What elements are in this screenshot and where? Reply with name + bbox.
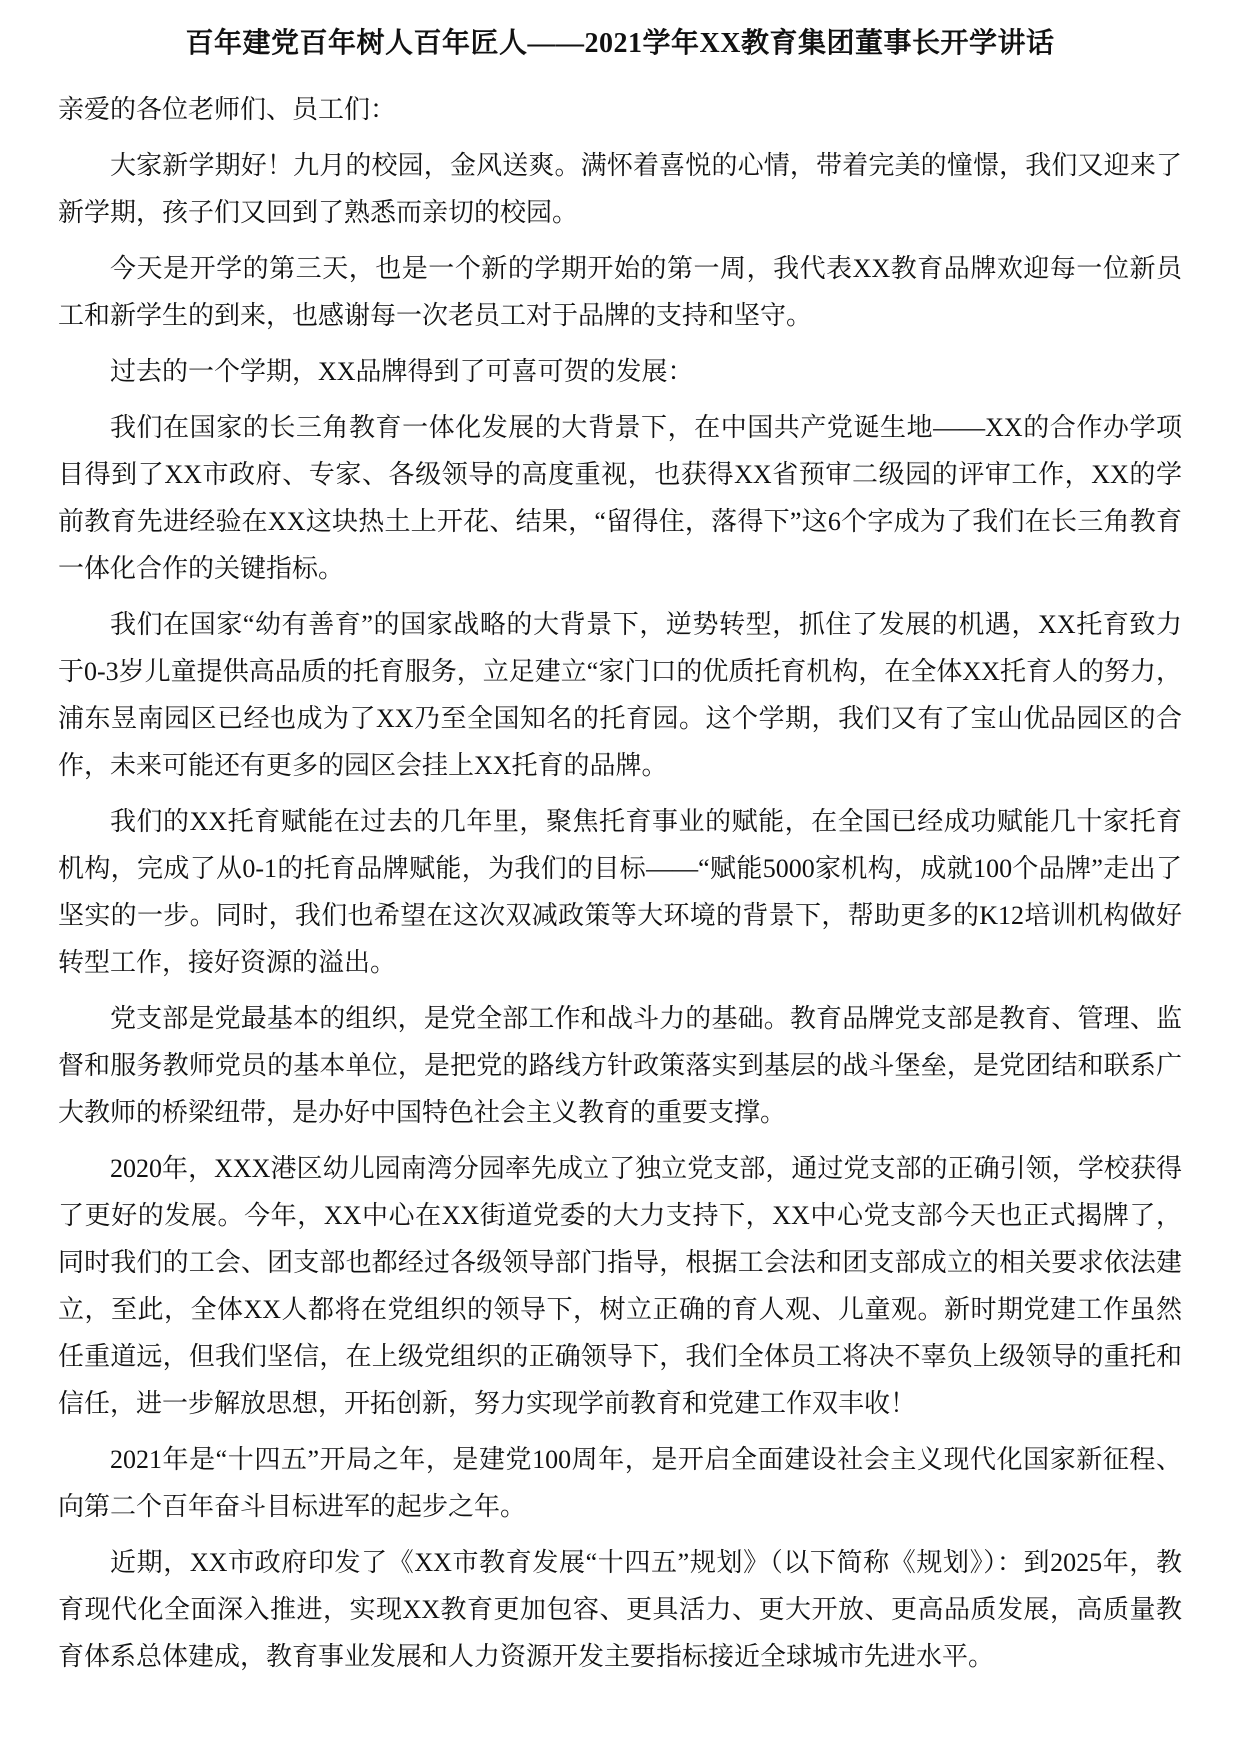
paragraph-greeting: 大家新学期好！九月的校园，金风送爽。满怀着喜悦的心情，带着完美的憧憬，我们又迎来… xyxy=(58,142,1182,236)
paragraph-education-plan: 近期，XX市政府印发了《XX市教育发展“十四五”规划》（以下简称《规划》）：到2… xyxy=(58,1539,1182,1680)
paragraph-past-semester: 过去的一个学期，XX品牌得到了可喜可贺的发展： xyxy=(58,348,1182,395)
paragraph-party-building: 2020年，XXX港区幼儿园南湾分园率先成立了独立党支部，通过党支部的正确引领，… xyxy=(58,1145,1182,1427)
paragraph-welcome: 今天是开学的第三天，也是一个新的学期开始的第一周，我代表XX教育品牌欢迎每一位新… xyxy=(58,245,1182,339)
paragraph-empowerment: 我们的XX托育赋能在过去的几年里，聚焦托育事业的赋能，在全国已经成功赋能几十家托… xyxy=(58,798,1182,986)
paragraph-party-branch: 党支部是党最基本的组织，是党全部工作和战斗力的基础。教育品牌党支部是教育、管理、… xyxy=(58,995,1182,1136)
salutation-line: 亲爱的各位老师们、员工们： xyxy=(58,86,1182,133)
paragraph-yangtze-delta: 我们在国家的长三角教育一体化发展的大背景下，在中国共产党诞生地——XX的合作办学… xyxy=(58,404,1182,592)
document-title: 百年建党百年树人百年匠人——2021学年XX教育集团董事长开学讲话 xyxy=(58,26,1182,62)
document-page: 百年建党百年树人百年匠人——2021学年XX教育集团董事长开学讲话 亲爱的各位老… xyxy=(0,0,1240,1754)
paragraph-childcare: 我们在国家“幼有善育”的国家战略的大背景下，逆势转型，抓住了发展的机遇，XX托育… xyxy=(58,601,1182,789)
paragraph-2021-centenary: 2021年是“十四五”开局之年，是建党100周年，是开启全面建设社会主义现代化国… xyxy=(58,1436,1182,1530)
